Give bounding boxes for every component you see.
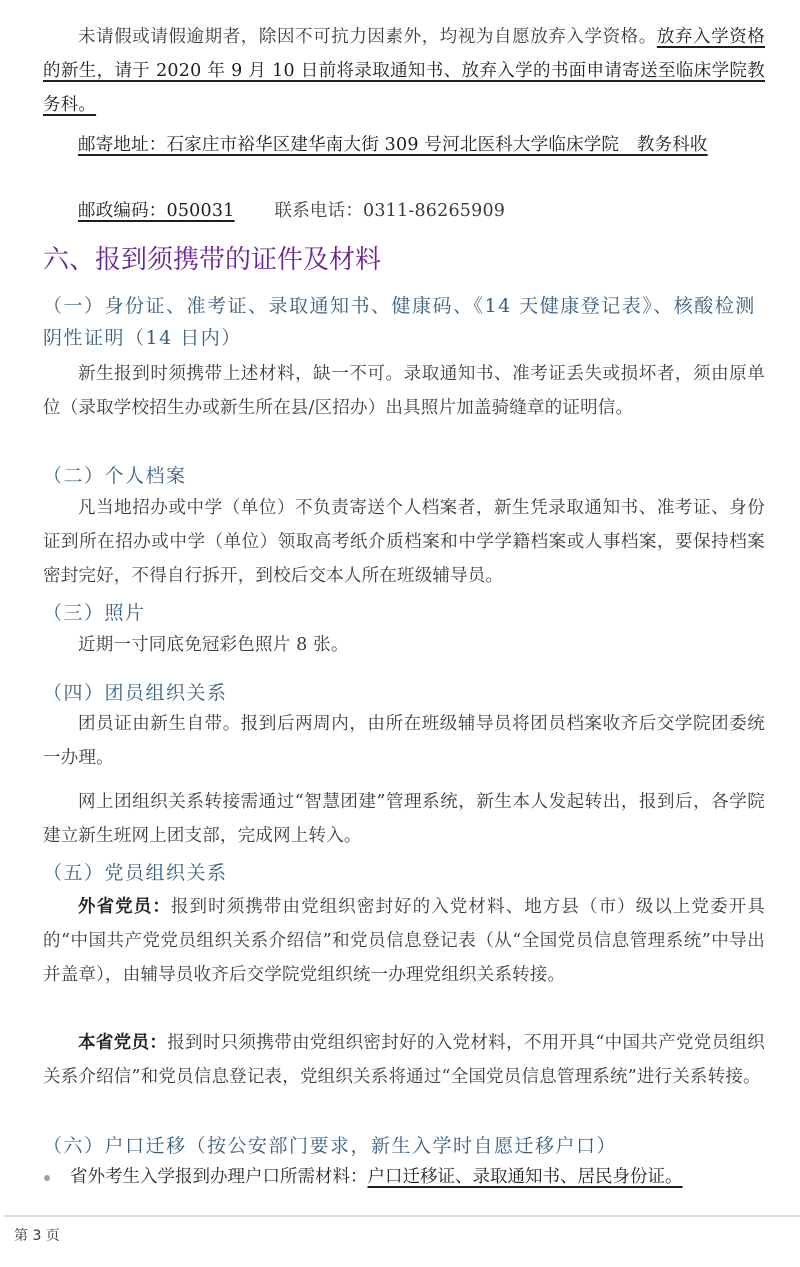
bullet-text: 省外考生入学报到办理户口所需材料： <box>70 1167 368 1187</box>
in-province-party-paragraph: 本省党员：报到时只须携带由党组织密封好的入党材料，不用开具“中国共产党党员组织关… <box>43 1026 765 1094</box>
postcode-text: 邮政编码：050031 <box>78 201 235 221</box>
out-province-party-paragraph: 外省党员：报到时须携带由党组织密封好的入党材料、地方县（市）级以上党委开具的“中… <box>43 890 765 992</box>
withdrawal-notice: 未请假或请假逾期者，除因不可抗力因素外，均视为自愿放弃入学资格。 <box>78 27 657 47</box>
document-page: 未请假或请假逾期者，除因不可抗力因素外，均视为自愿放弃入学资格。放弃入学资格的新… <box>0 0 800 1267</box>
subsection-3-text: 近期一寸同底免冠彩色照片 8 张。 <box>43 628 765 662</box>
mailing-address: 邮寄地址：石家庄市裕华区建华南大街 309 号河北医科大学临床学院 教务科收 <box>43 128 765 162</box>
subsection-4-text-1: 团员证由新生自带。报到后两周内，由所在班级辅导员将团员档案收齐后交学院团委统一办… <box>43 707 765 775</box>
subsection-6-heading: （六）户口迁移（按公安部门要求，新生入学时自愿迁移户口） <box>43 1130 773 1162</box>
address-text: 邮寄地址：石家庄市裕华区建华南大街 309 号河北医科大学临床学院 教务科收 <box>78 135 708 155</box>
out-province-label: 外省党员： <box>78 897 171 917</box>
section-6-title: 六、报到须携带的证件及材料 <box>43 240 381 280</box>
withdrawal-paragraph: 未请假或请假逾期者，除因不可抗力因素外，均视为自愿放弃入学资格。放弃入学资格的新… <box>43 20 765 122</box>
subsection-2-text: 凡当地招办或中学（单位）不负责寄送个人档案者，新生凭录取通知书、准考证、身份证到… <box>43 491 765 593</box>
subsection-1-text: 新生报到时须携带上述材料，缺一不可。录取通知书、准考证丢失或损坏者，须由原单位（… <box>43 357 765 425</box>
subsection-4-heading: （四）团员组织关系 <box>43 677 773 709</box>
subsection-5-heading: （五）党员组织关系 <box>43 857 773 889</box>
footer-divider <box>4 1215 800 1217</box>
household-bullet: 省外考生入学报到办理户口所需材料：户口迁移证、录取通知书、居民身份证。 <box>40 1164 780 1190</box>
bullet-underlined-text: 户口迁移证、录取通知书、居民身份证。 <box>368 1167 683 1187</box>
contact-line: 邮政编码：050031联系电话：0311-86265909 <box>43 194 765 228</box>
subsection-2-heading: （二）个人档案 <box>43 460 773 492</box>
subsection-1-heading: （一）身份证、准考证、录取通知书、健康码、《14 天健康登记表》、核酸检测阴性证… <box>43 290 773 354</box>
subsection-4-text-2: 网上团组织关系转接需通过“智慧团建”管理系统，新生本人发起转出，报到后，各学院建… <box>43 785 765 853</box>
subsection-3-heading: （三）照片 <box>43 597 773 629</box>
bullet-dot-icon <box>44 1175 50 1181</box>
in-province-label: 本省党员： <box>78 1033 167 1053</box>
phone-text: 联系电话：0311-86265909 <box>275 201 506 221</box>
page-number: 第 3 页 <box>14 1225 60 1245</box>
